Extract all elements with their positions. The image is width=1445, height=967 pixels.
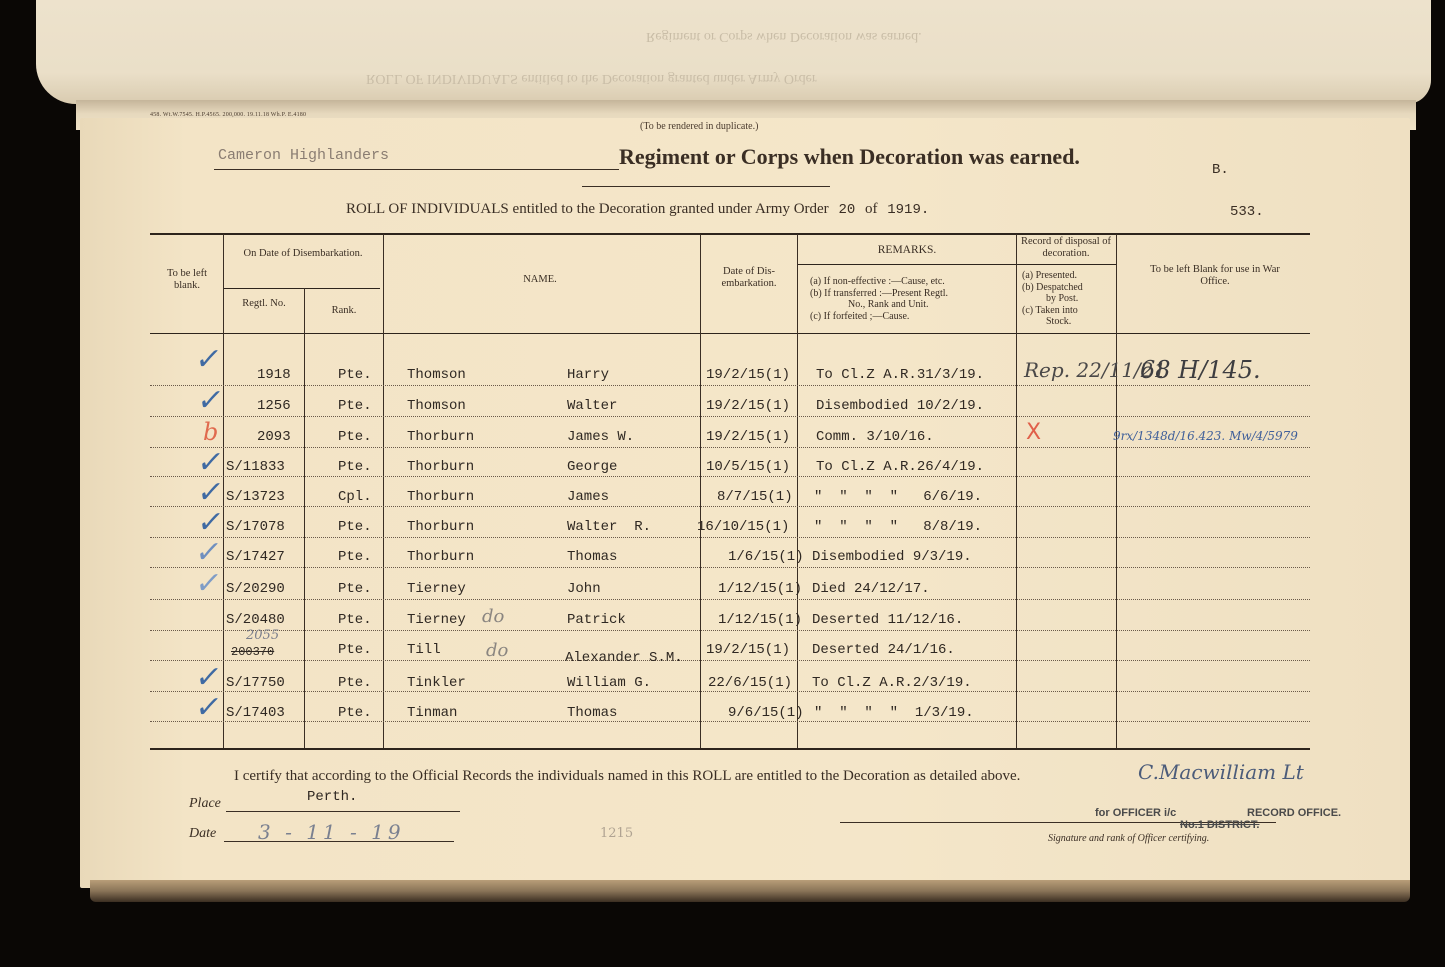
regtl-no-struck: 200370 xyxy=(231,645,274,659)
remarks: To Cl.Z A.R.26/4/19. xyxy=(816,459,984,475)
army-order-year: 1919. xyxy=(887,202,929,218)
forename: John xyxy=(567,581,601,597)
rank: Pte. xyxy=(338,612,372,628)
disembark-date: 1/12/15(1) xyxy=(718,581,802,597)
forename: Thomas xyxy=(567,549,617,565)
record-office-stamp: RECORD OFFICE. xyxy=(1247,807,1341,819)
remarks-legend-a: (a) If non-effective :—Cause, etc. xyxy=(810,276,948,288)
disembark-date: 16/10/15(1) xyxy=(697,519,789,535)
forename: Harry xyxy=(567,367,609,383)
col-rule xyxy=(383,234,384,748)
page-stack-edge xyxy=(90,880,1410,902)
col-rule xyxy=(1016,234,1017,748)
forename: George xyxy=(567,459,617,475)
header-disposal: Record of disposal of decoration. xyxy=(1018,236,1114,260)
surname: Thorburn xyxy=(407,519,474,535)
certification-text: I certify that according to the Official… xyxy=(234,768,1020,785)
row-rule xyxy=(150,691,1310,692)
place-underline xyxy=(226,811,460,812)
disembark-date: 9/6/15(1) xyxy=(728,705,804,721)
row-rule xyxy=(150,476,1310,477)
disposal-legend-c2: Stock. xyxy=(1022,316,1083,328)
regtl-no: 1256 xyxy=(257,398,291,414)
page-number: 533. xyxy=(1230,204,1264,220)
row-rule xyxy=(150,721,1310,722)
rank: Pte. xyxy=(338,398,372,414)
regtl-no: S/17078 xyxy=(226,519,285,535)
remarks: Disembodied 10/2/19. xyxy=(816,398,984,414)
of-text: of xyxy=(865,201,878,217)
forename: Walter R. xyxy=(567,519,651,535)
ditto-annotation: do xyxy=(486,640,508,661)
regtl-no: 2093 xyxy=(257,429,291,445)
forename: Thomas xyxy=(567,705,617,721)
row-rule xyxy=(150,385,1310,386)
regtl-no: S/17427 xyxy=(226,549,285,565)
margin-note: 1215 xyxy=(600,826,633,841)
district-stamp: No.1 DISTRICT. xyxy=(1180,819,1259,831)
remarks: " " " " 8/8/19. xyxy=(814,519,982,535)
print-code: 458. Wt.W.7545. H.P.4565. 200,000. 19.11… xyxy=(150,112,306,118)
row-rule xyxy=(150,506,1310,507)
surname: Thorburn xyxy=(407,489,474,505)
header-date: Date of Dis-embarkation. xyxy=(705,266,793,290)
rank: Pte. xyxy=(338,459,372,475)
remarks: Deserted 11/12/16. xyxy=(812,612,963,628)
rank: Pte. xyxy=(338,549,372,565)
header-rank: Rank. xyxy=(308,305,380,317)
remarks-subrule xyxy=(798,264,1016,265)
remarks: Died 24/12/17. xyxy=(812,581,930,597)
ditto-annotation: do xyxy=(482,606,504,627)
col-rule xyxy=(1116,234,1117,748)
army-order-number: 20 xyxy=(838,202,855,218)
disembark-date: 19/2/15(1) xyxy=(706,367,790,383)
regtl-no: S/11833 xyxy=(226,459,285,475)
row-rule xyxy=(150,416,1310,417)
remarks-legend-b: (b) If transferred :—Present Regtl. xyxy=(810,288,948,300)
row-rule xyxy=(150,537,1310,538)
war-office-note: 68 H/145. xyxy=(1140,356,1261,384)
row-rule xyxy=(150,660,1310,661)
table-bottom-rule xyxy=(150,748,1310,750)
row-rule xyxy=(150,630,1310,631)
facing-page-bleedthrough: ROLL OF INDIVIDUALS entitled to the Deco… xyxy=(36,0,1431,104)
disembark-date: 10/5/15(1) xyxy=(706,459,790,475)
remarks: " " " " 6/6/19. xyxy=(814,489,982,505)
surname: Tinkler xyxy=(407,675,466,691)
surname: Till xyxy=(407,642,441,658)
row-rule xyxy=(150,447,1310,448)
roll-caption-line: ROLL OF INDIVIDUALS entitled to the Deco… xyxy=(346,201,935,218)
surname: Tierney xyxy=(407,581,466,597)
disposal-legend-c: (c) Taken into xyxy=(1022,305,1083,317)
rank: Pte. xyxy=(338,675,372,691)
regiment-title: Regiment or Corps when Decoration was ea… xyxy=(619,144,1080,170)
header-blank: To be left blank. xyxy=(156,268,218,292)
date-underline xyxy=(224,841,454,842)
disposal-legend-b: (b) Despatched xyxy=(1022,282,1083,294)
place-value: Perth. xyxy=(307,789,357,805)
remarks: Disembodied 9/3/19. xyxy=(812,549,972,565)
roll-caption: ROLL OF INDIVIDUALS xyxy=(346,201,509,217)
place-label: Place xyxy=(189,796,221,812)
duplicate-note: (To be rendered in duplicate.) xyxy=(640,121,758,132)
remarks-legend-c: (c) If forfeited ;—Cause. xyxy=(810,311,948,323)
header-disembarkation: On Date of Disembarkation. xyxy=(240,248,366,260)
roll-text: entitled to the Decoration granted under… xyxy=(513,201,829,217)
rank: Pte. xyxy=(338,367,372,383)
regtl-no: S/17403 xyxy=(226,705,285,721)
remarks: To Cl.Z A.R.31/3/19. xyxy=(816,367,984,383)
rank: Pte. xyxy=(338,642,372,658)
date-label: Date xyxy=(189,826,216,842)
forename: Alexander S.M. xyxy=(565,650,683,666)
bleedthrough-text: ROLL OF INDIVIDUALS entitled to the Deco… xyxy=(366,70,816,86)
header-war-office: To be left Blank for use in War Office. xyxy=(1150,264,1280,288)
disembark-date: 8/7/15(1) xyxy=(717,489,793,505)
col-rule xyxy=(700,234,701,748)
disposal-legend-a: (a) Presented. xyxy=(1022,270,1083,282)
forename: James xyxy=(567,489,609,505)
surname: Thomson xyxy=(407,398,466,414)
regtl-no: S/17750 xyxy=(226,675,285,691)
disposal-legend: (a) Presented. (b) Despatched by Post. (… xyxy=(1022,270,1083,328)
regtl-no: S/20290 xyxy=(226,581,285,597)
disembark-subrule xyxy=(224,288,380,289)
regiment-underline xyxy=(214,169,619,170)
header-bottom-rule xyxy=(150,333,1310,334)
disembark-date: 19/2/15(1) xyxy=(706,429,790,445)
regtl-no: 1918 xyxy=(257,367,291,383)
header-name: NAME. xyxy=(390,274,690,286)
surname: Thorburn xyxy=(407,429,474,445)
surname: Thorburn xyxy=(407,549,474,565)
surname: Tierney xyxy=(407,612,466,628)
title-underline xyxy=(582,186,830,187)
rank: Pte. xyxy=(338,705,372,721)
header-remarks: REMARKS. xyxy=(800,244,1014,256)
remarks-legend-b2: No., Rank and Unit. xyxy=(810,299,948,311)
disembark-date: 1/12/15(1) xyxy=(718,612,802,628)
surname: Thorburn xyxy=(407,459,474,475)
war-office-note: 9rx/1348d/16.423. Mw/4/5979 xyxy=(1113,429,1298,443)
signature-caption: Signature and rank of Officer certifying… xyxy=(1048,833,1209,844)
regiment-name: Cameron Highlanders xyxy=(218,147,389,164)
table-top-rule xyxy=(150,233,1310,235)
bleedthrough-text: Regiment or Corps when Decoration was ea… xyxy=(646,28,922,44)
remarks: To Cl.Z A.R.2/3/19. xyxy=(812,675,972,691)
disembark-date: 19/2/15(1) xyxy=(706,642,790,658)
regtl-no: S/13723 xyxy=(226,489,285,505)
rank: Pte. xyxy=(338,581,372,597)
officer-signature: C.Macwilliam Lt xyxy=(1138,760,1304,784)
remarks-legend: (a) If non-effective :—Cause, etc. (b) I… xyxy=(810,276,948,322)
disposal-subrule xyxy=(1017,264,1116,265)
forename: Walter xyxy=(567,398,617,414)
forename: James W. xyxy=(567,429,634,445)
officer-stamp: for OFFICER i/c xyxy=(1095,807,1176,819)
disembark-date: 19/2/15(1) xyxy=(706,398,790,414)
surname: Tinman xyxy=(407,705,457,721)
rank: Cpl. xyxy=(338,489,372,505)
remarks: " " " " 1/3/19. xyxy=(814,705,974,721)
rank: Pte. xyxy=(338,429,372,445)
disembark-date: 22/6/15(1) xyxy=(708,675,792,691)
regtl-no-correction: 2055 xyxy=(246,628,279,643)
col-rule xyxy=(797,234,798,748)
remarks: Comm. 3/10/16. xyxy=(816,429,934,445)
disposal-legend-b2: by Post. xyxy=(1022,293,1083,305)
col-rule xyxy=(304,288,305,748)
row-rule xyxy=(150,599,1310,600)
red-mark: b xyxy=(203,418,218,446)
rank: Pte. xyxy=(338,519,372,535)
series-letter: B. xyxy=(1212,162,1229,178)
remarks: Deserted 24/1/16. xyxy=(812,642,955,658)
forename: Patrick xyxy=(567,612,626,628)
red-x-mark: X xyxy=(1026,420,1041,445)
forename: William G. xyxy=(567,675,651,691)
row-rule xyxy=(150,567,1310,568)
header-regtl-no: Regtl. No. xyxy=(228,298,300,310)
disembark-date: 1/6/15(1) xyxy=(728,549,804,565)
surname: Thomson xyxy=(407,367,466,383)
regtl-no: S/20480 xyxy=(226,612,285,628)
